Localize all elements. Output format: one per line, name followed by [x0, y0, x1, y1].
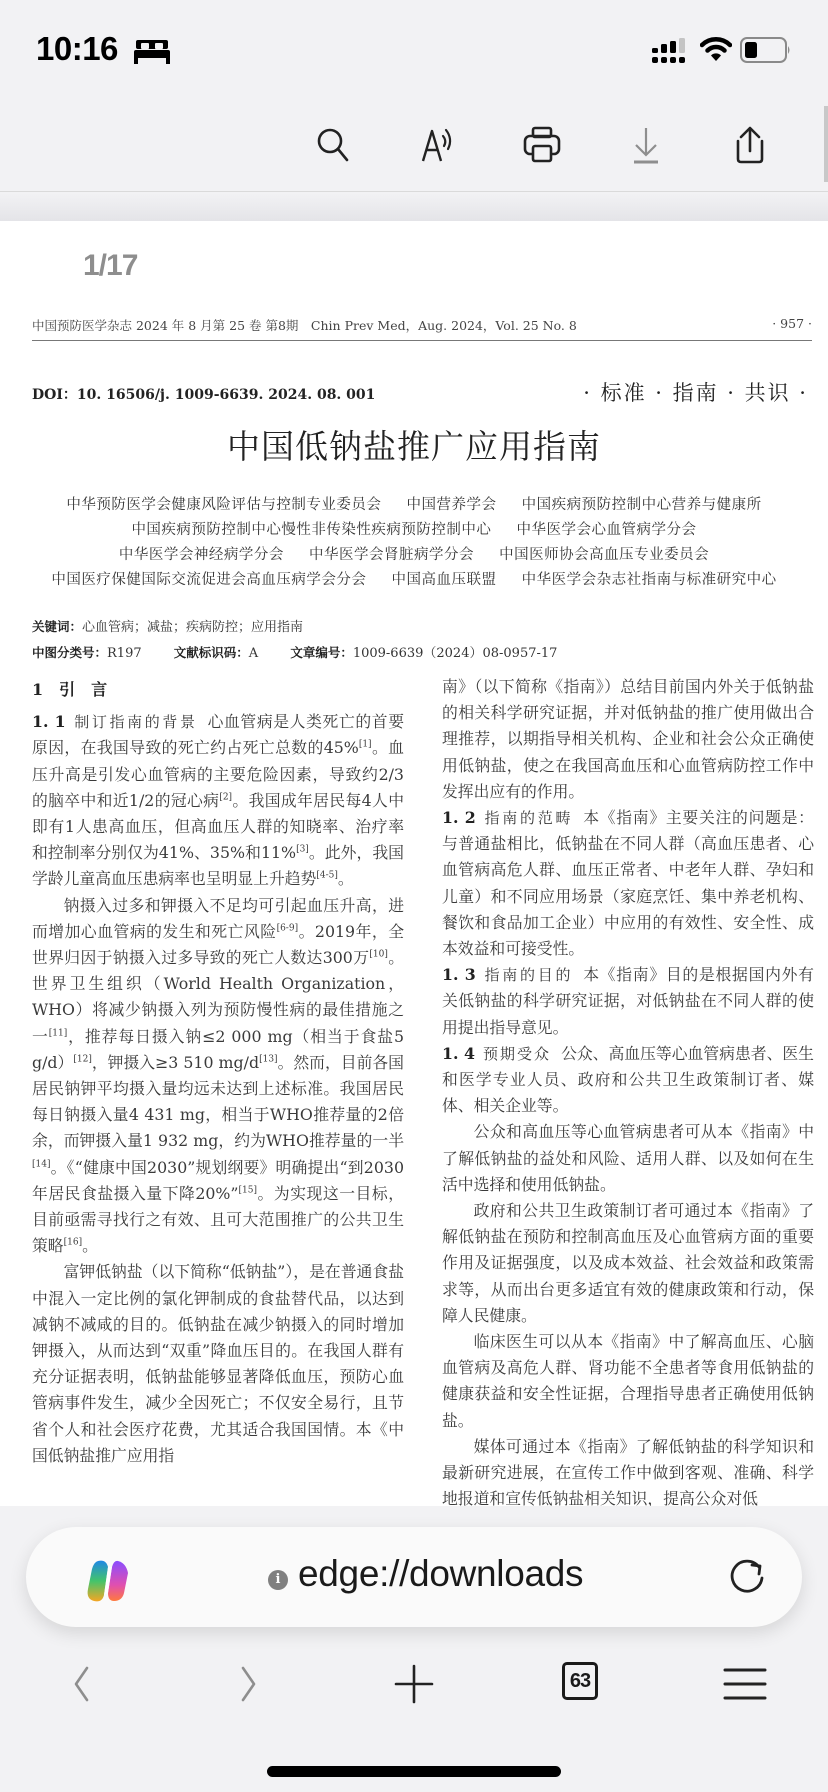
- citation[interactable]: [4-5]: [316, 871, 338, 881]
- search-button[interactable]: [309, 120, 359, 170]
- battery-low-icon: [740, 37, 792, 63]
- copilot-icon[interactable]: [84, 1559, 132, 1603]
- hamburger-menu-icon: [723, 1662, 767, 1706]
- home-indicator[interactable]: [267, 1766, 561, 1777]
- doc-code-label: 文献标识码：: [174, 645, 249, 660]
- organization: 中国营养学会: [407, 497, 497, 513]
- cellular-signal-icon: [652, 38, 696, 64]
- paragraph-low-sodium-salt: 富钾低钠盐（以下简称“低钠盐”），是在普通食盐中混入一定比例的氯化钾制成的食盐替…: [32, 1259, 404, 1469]
- doc-code-value: A: [249, 646, 258, 661]
- organization: 中华预防医学会健康风险评估与控制专业委员会: [66, 497, 381, 513]
- paragraph-media: 媒体可通过本《指南》了解低钠盐的科学知识和最新研究进展，在宣传工作中做到客观、准…: [442, 1434, 814, 1511]
- body-text: 本《指南》主要关注的问题是：与普通盐相比，低钠盐在不同人群（高血压患者、心血管病…: [442, 808, 814, 958]
- status-time: 10:16: [36, 30, 118, 68]
- tabs-button[interactable]: 63: [562, 1662, 598, 1700]
- citation[interactable]: [13]: [259, 1055, 277, 1065]
- subsection-number: 1. 1: [32, 712, 66, 731]
- journal-citation: 中国预防医学杂志 2024 年 8 月第 25 卷 第8期 Chin Prev …: [32, 316, 577, 334]
- keywords-line: 关键词：心血管病；减盐；疾病防控；应用指南: [32, 614, 557, 640]
- pdf-page: 1/17 中国预防医学杂志 2024 年 8 月第 25 卷 第8期 Chin …: [0, 221, 828, 1511]
- organization: 中国疾病预防控制中心营养与健康所: [522, 497, 762, 513]
- pdf-toolbar: [0, 100, 828, 192]
- bed-icon: [134, 38, 170, 64]
- back-button[interactable]: [52, 1654, 112, 1714]
- citation[interactable]: [10]: [369, 950, 387, 960]
- citation[interactable]: [11]: [49, 1028, 67, 1038]
- citation[interactable]: [3]: [296, 845, 309, 855]
- section-heading: 1 引 言: [32, 677, 404, 703]
- paragraph-audience: 1. 4预期受众公众、高血压等心血管病患者、医生和医学专业人员、政府和公共卫生政…: [442, 1041, 814, 1120]
- org-line: 中华医学会神经病学分会 中华医学会肾脏病学分会 中国医师协会高血压专业委员会: [0, 543, 828, 568]
- article-title: 中国低钠盐推广应用指南: [0, 421, 828, 468]
- paragraph-scope: 1. 2指南的范畴本《指南》主要关注的问题是：与普通盐相比，低钠盐在不同人群（高…: [442, 805, 814, 962]
- organization: 中华医学会神经病学分会: [119, 547, 284, 563]
- paragraph-background: 1. 1制订指南的背景心血管病是人类死亡的首要原因，在我国导致的死亡约占死亡总数…: [32, 709, 404, 892]
- subsection-number: 1. 2: [442, 808, 476, 827]
- article-no-value: 1009-6639（2024）08-0957-17: [353, 646, 558, 661]
- status-bar: 10:16: [0, 0, 828, 100]
- citation[interactable]: [16]: [64, 1238, 82, 1248]
- paragraph-continued: 南》（以下简称《指南》）总结目前国内外关于低钠盐的相关科学研究证据，并对低钠盐的…: [442, 674, 814, 805]
- page-counter: 1/17: [83, 249, 137, 283]
- share-button[interactable]: [725, 120, 775, 170]
- org-line: 中国医疗保健国际交流促进会高血压病学会分会 中国高血压联盟 中华医学会杂志社指南…: [0, 568, 828, 593]
- org-line: 中华预防医学会健康风险评估与控制专业委员会 中国营养学会 中国疾病预防控制中心营…: [0, 493, 828, 518]
- info-icon[interactable]: i: [268, 1570, 288, 1590]
- paragraph-government: 政府和公共卫生政策制订者可通过本《指南》了解低钠盐在预防和控制高血压及心血管病方…: [442, 1198, 814, 1329]
- org-line: 中国疾病预防控制中心慢性非传染性疾病预防控制中心 中华医学会心血管病学分会: [0, 518, 828, 543]
- article-meta: 关键词：心血管病；减盐；疾病防控；应用指南 中图分类号：R197 文献标识码：A…: [32, 614, 557, 666]
- citation[interactable]: [12]: [73, 1055, 91, 1065]
- paragraph-clinicians: 临床医生可以从本《指南》中了解高血压、心脑血管病及高危人群、肾功能不全患者等食用…: [442, 1329, 814, 1434]
- subsection-title: 指南的范畴: [484, 809, 573, 827]
- journal-page-number: · 957 ·: [772, 316, 812, 334]
- clc-value: R197: [107, 646, 142, 661]
- download-icon: [626, 125, 666, 165]
- article-no-label: 文章编号：: [290, 645, 353, 660]
- organization: 中国医师协会高血压专业委员会: [499, 547, 709, 563]
- citation[interactable]: [15]: [239, 1186, 257, 1196]
- new-tab-button[interactable]: [384, 1654, 444, 1714]
- read-aloud-icon: [419, 125, 459, 165]
- plus-icon: [392, 1662, 436, 1706]
- citation[interactable]: [2]: [219, 793, 232, 803]
- back-chevron-icon: [60, 1662, 104, 1706]
- organization: 中国高血压联盟: [392, 572, 497, 588]
- organization: 中国医疗保健国际交流促进会高血压病学会分会: [51, 572, 366, 588]
- address-bar[interactable]: i edge://downloads: [26, 1527, 802, 1627]
- subsection-number: 1. 3: [442, 965, 476, 984]
- reload-icon[interactable]: [726, 1557, 768, 1599]
- paragraph-public: 公众和高血压等心血管病患者可从本《指南》中了解低钠盐的益处和风险、适用人群、以及…: [442, 1119, 814, 1198]
- print-icon: [522, 125, 562, 165]
- forward-chevron-icon: [226, 1662, 270, 1706]
- doi: DOI：10. 16506/j. 1009-6639. 2024. 08. 00…: [32, 384, 375, 404]
- print-button[interactable]: [517, 120, 567, 170]
- body-text: 。: [338, 869, 354, 888]
- text-column-right: 南》（以下简称《指南》）总结目前国内外关于低钠盐的相关科学研究证据，并对低钠盐的…: [442, 674, 814, 1511]
- article-category: · 标准 · 指南 · 共识 ·: [583, 377, 808, 407]
- organization: 中华医学会肾脏病学分会: [309, 547, 474, 563]
- subsection-title: 预期受众: [483, 1045, 551, 1063]
- citation[interactable]: [6-9]: [277, 924, 299, 934]
- subsection-number: 1. 4: [442, 1044, 475, 1063]
- scrollbar-thumb[interactable]: [824, 106, 828, 182]
- classification-line: 中图分类号：R197 文献标识码：A 文章编号：1009-6639（2024）0…: [32, 640, 557, 666]
- text-column-left: 1 引 言 1. 1制订指南的背景心血管病是人类死亡的首要原因，在我国导致的死亡…: [32, 677, 404, 1469]
- url-text[interactable]: edge://downloads: [298, 1553, 583, 1595]
- wifi-icon: [700, 36, 732, 62]
- organization: 中国疾病预防控制中心慢性非传染性疾病预防控制中心: [131, 522, 491, 538]
- read-aloud-button[interactable]: [414, 120, 464, 170]
- citation[interactable]: [1]: [359, 740, 372, 750]
- clc-label: 中图分类号：: [32, 645, 107, 660]
- citation[interactable]: [14]: [32, 1159, 50, 1169]
- forward-button[interactable]: [218, 1654, 278, 1714]
- paragraph-sodium: 钠摄入过多和钾摄入不足均可引起血压升高，进而增加心血管病的发生和死亡风险[6-9…: [32, 893, 404, 1260]
- menu-button[interactable]: [715, 1654, 775, 1714]
- search-icon: [314, 125, 354, 165]
- download-button[interactable]: [621, 120, 671, 170]
- share-icon: [730, 125, 770, 165]
- subsection-title: 制订指南的背景: [74, 713, 198, 731]
- keywords: 心血管病；减盐；疾病防控；应用指南: [82, 620, 303, 635]
- keywords-label: 关键词：: [32, 619, 82, 634]
- body-text: ，钾摄入≥3 510 mg/d: [92, 1053, 259, 1072]
- organization: 中华医学会心血管病学分会: [517, 522, 697, 538]
- subsection-title: 指南的目的: [484, 966, 573, 984]
- journal-header: 中国预防医学杂志 2024 年 8 月第 25 卷 第8期 Chin Prev …: [32, 316, 812, 341]
- author-organizations: 中华预防医学会健康风险评估与控制专业委员会 中国营养学会 中国疾病预防控制中心营…: [0, 493, 828, 593]
- body-text: 。: [82, 1236, 98, 1255]
- paragraph-purpose: 1. 3指南的目的本《指南》目的是根据国内外有关低钠盐的科学研究证据，对低钠盐在…: [442, 962, 814, 1041]
- organization: 中华医学会杂志社指南与标准研究中心: [522, 572, 777, 588]
- page-gap: [0, 193, 828, 221]
